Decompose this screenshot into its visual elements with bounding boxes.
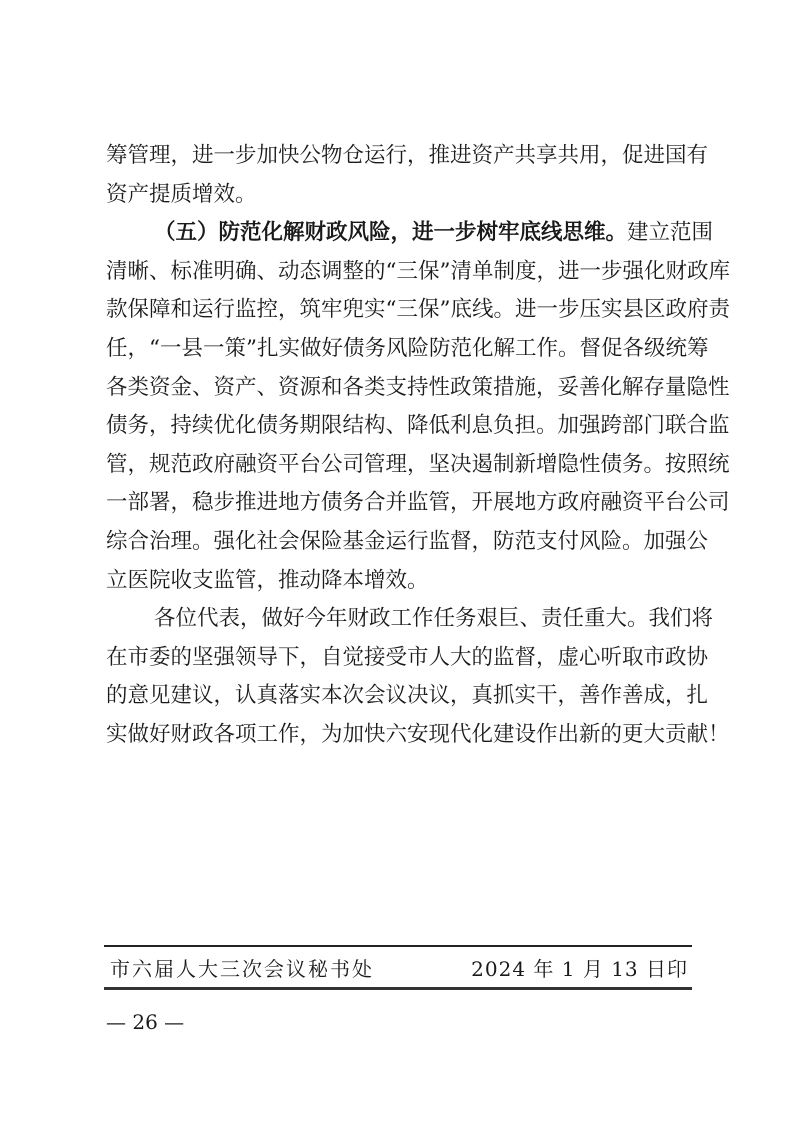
paragraph-line: 资产提质增效。 bbox=[106, 176, 690, 215]
issuer-text: 市六届人大三次会议秘书处 bbox=[110, 953, 374, 982]
paragraph-line: 款保障和运行监控，筑牢兜实“三保”底线。进一步压实县区政府责 bbox=[106, 291, 690, 330]
paragraph-line: 实做好财政各项工作，为加快六安现代化建设作出新的更大贡献！ bbox=[106, 716, 690, 755]
section-heading-line: （五）防范化解财政风险，进一步树牢底线思维。建立范围 bbox=[106, 214, 690, 253]
paragraph-line: 债务，持续优化债务期限结构、降低利息负担。加强跨部门联合监 bbox=[106, 407, 690, 446]
imprint-footer: 市六届人大三次会议秘书处 2024 年 1 月 13 日印 bbox=[110, 952, 688, 982]
print-date: 2024 年 1 月 13 日印 bbox=[471, 953, 688, 982]
paragraph-line: 任，“一县一策”扎实做好债务风险防范化解工作。督促各级统筹 bbox=[106, 330, 690, 369]
paragraph-line: 筹管理，进一步加快公物仓运行，推进资产共享共用，促进国有 bbox=[106, 137, 690, 176]
page-number: — 26 — bbox=[106, 1010, 184, 1034]
paragraph-line: 清晰、标准明确、动态调整的“三保”清单制度，进一步强化财政库 bbox=[106, 253, 690, 292]
body-text: 筹管理，进一步加快公物仓运行，推进资产共享共用，促进国有 资产提质增效。 （五）… bbox=[106, 137, 690, 755]
paragraph-line: 管，规范政府融资平台公司管理，坚决遏制新增隐性债务。按照统 bbox=[106, 446, 690, 485]
footer-top-rule bbox=[104, 945, 692, 947]
paragraph-line: 立医院收支监管，推动降本增效。 bbox=[106, 562, 690, 601]
paragraph-line: 一部署，稳步推进地方债务合并监管，开展地方政府融资平台公司 bbox=[106, 484, 690, 523]
document-page: 筹管理，进一步加快公物仓运行，推进资产共享共用，促进国有 资产提质增效。 （五）… bbox=[0, 0, 793, 1122]
section-heading: （五）防范化解财政风险，进一步树牢底线思维。 bbox=[154, 220, 627, 245]
footer-bottom-rule bbox=[104, 987, 692, 990]
heading-tail-text: 建立范围 bbox=[627, 220, 713, 245]
paragraph-line: 的意见建议，认真落实本次会议决议，真抓实干，善作善成，扎 bbox=[106, 677, 690, 716]
paragraph-line: 各位代表，做好今年财政工作任务艰巨、责任重大。我们将 bbox=[106, 600, 690, 639]
paragraph-line: 综合治理。强化社会保险基金运行监督，防范支付风险。加强公 bbox=[106, 523, 690, 562]
paragraph-line: 在市委的坚强领导下，自觉接受市人大的监督，虚心听取市政协 bbox=[106, 639, 690, 678]
paragraph-line: 各类资金、资产、资源和各类支持性政策措施，妥善化解存量隐性 bbox=[106, 369, 690, 408]
